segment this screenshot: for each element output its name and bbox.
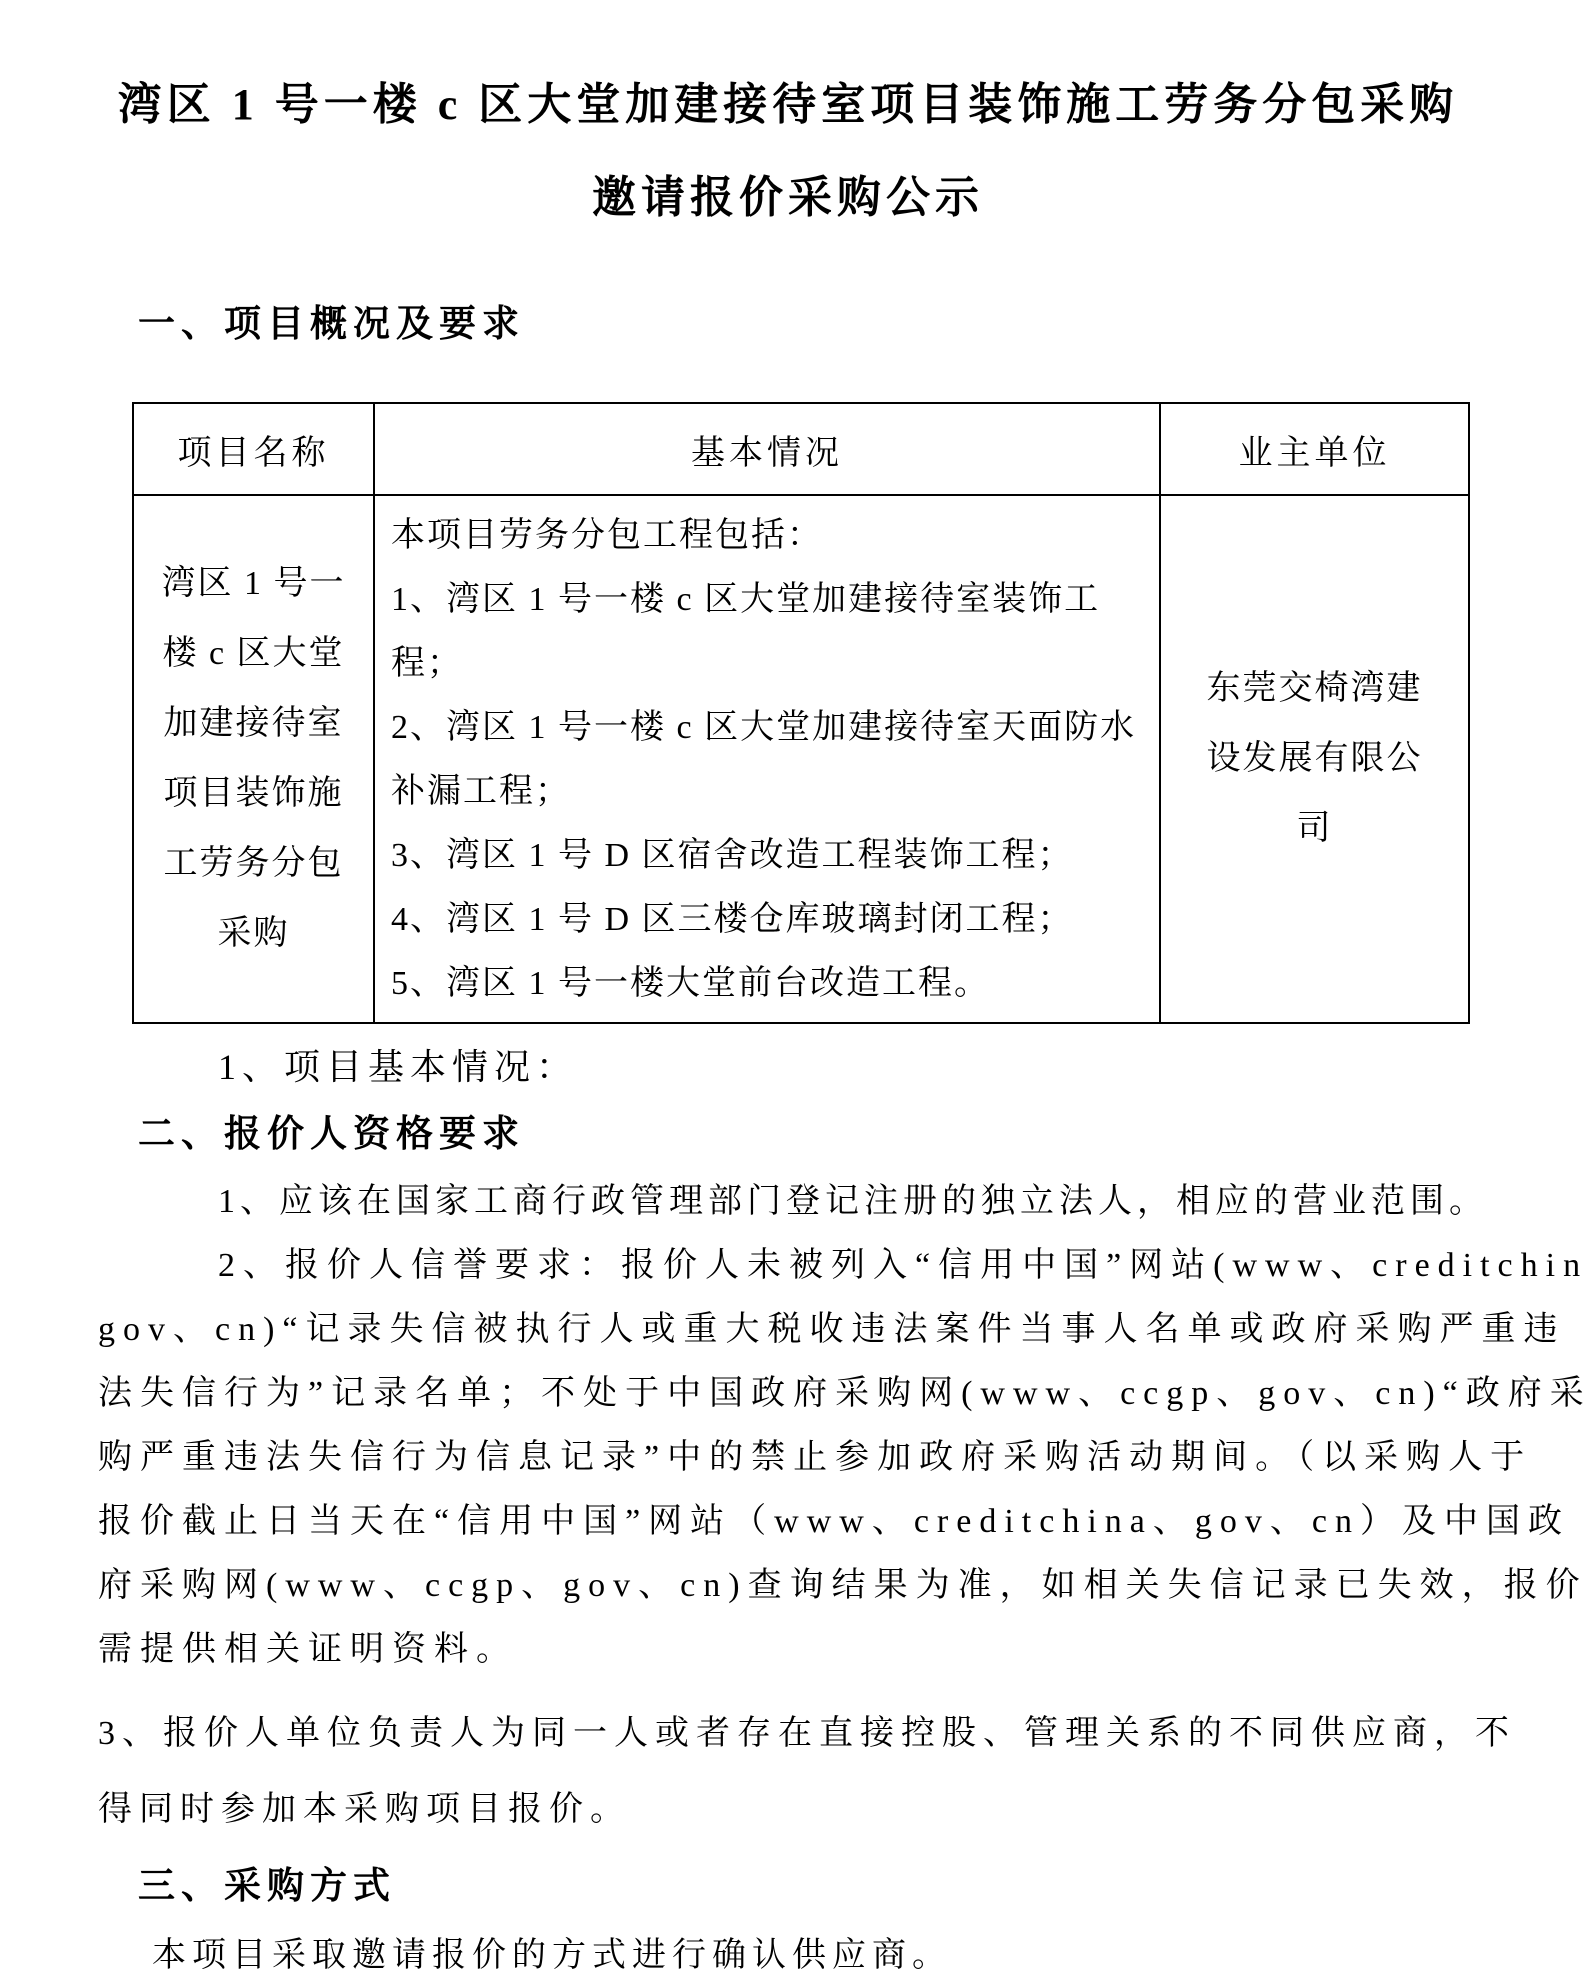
table-header-basic-info: 基本情况 [374, 403, 1160, 495]
qualification-paragraph-3: 3、报价人单位负责人为同一人或者存在直接控股、管理关系的不同供应商，不 得同时参… [98, 1696, 1478, 1848]
procurement-method-paragraph: 本项目采取邀请报价的方式进行确认供应商。 [98, 1924, 1478, 1981]
document-page: 湾区 1 号一楼 c 区大堂加建接待室项目装饰施工劳务分包采购 邀请报价采购公示… [0, 0, 1587, 1981]
table-header-row: 项目名称 基本情况 业主单位 [133, 403, 1469, 495]
table-cell-owner: 东莞交椅湾建 设发展有限公 司 [1160, 495, 1469, 1023]
qualification-paragraph-2: 2、报价人信誉要求：报价人未被列入“信用中国”网站(www、creditchin… [98, 1234, 1478, 1682]
table-header-owner: 业主单位 [1160, 403, 1469, 495]
section-heading-procurement-method: 三、采购方式 [138, 1862, 1478, 1912]
table-cell-basic-info: 本项目劳务分包工程包括： 1、湾区 1 号一楼 c 区大堂加建接待室装饰工程； … [374, 495, 1160, 1023]
project-overview-table: 项目名称 基本情况 业主单位 湾区 1 号一 楼 c 区大堂 加建接待室 项目装… [132, 402, 1470, 1024]
document-title-line2: 邀请报价采购公示 [98, 151, 1478, 244]
project-basic-info-note: 1、项目基本情况： [98, 1042, 1478, 1092]
table-cell-project-name: 湾区 1 号一 楼 c 区大堂 加建接待室 项目装饰施 工劳务分包 采购 [133, 495, 374, 1023]
document-title-line1: 湾区 1 号一楼 c 区大堂加建接待室项目装饰施工劳务分包采购 [98, 58, 1478, 151]
qualification-paragraph-1: 1、应该在国家工商行政管理部门登记注册的独立法人，相应的营业范围。 [98, 1170, 1478, 1234]
table-header-project-name: 项目名称 [133, 403, 374, 495]
document-title: 湾区 1 号一楼 c 区大堂加建接待室项目装饰施工劳务分包采购 邀请报价采购公示 [98, 58, 1478, 244]
section-heading-bidder-qualification: 二、报价人资格要求 [138, 1110, 1478, 1160]
section-heading-project-overview: 一、项目概况及要求 [138, 300, 1478, 350]
table-row: 湾区 1 号一 楼 c 区大堂 加建接待室 项目装饰施 工劳务分包 采购 本项目… [133, 495, 1469, 1023]
